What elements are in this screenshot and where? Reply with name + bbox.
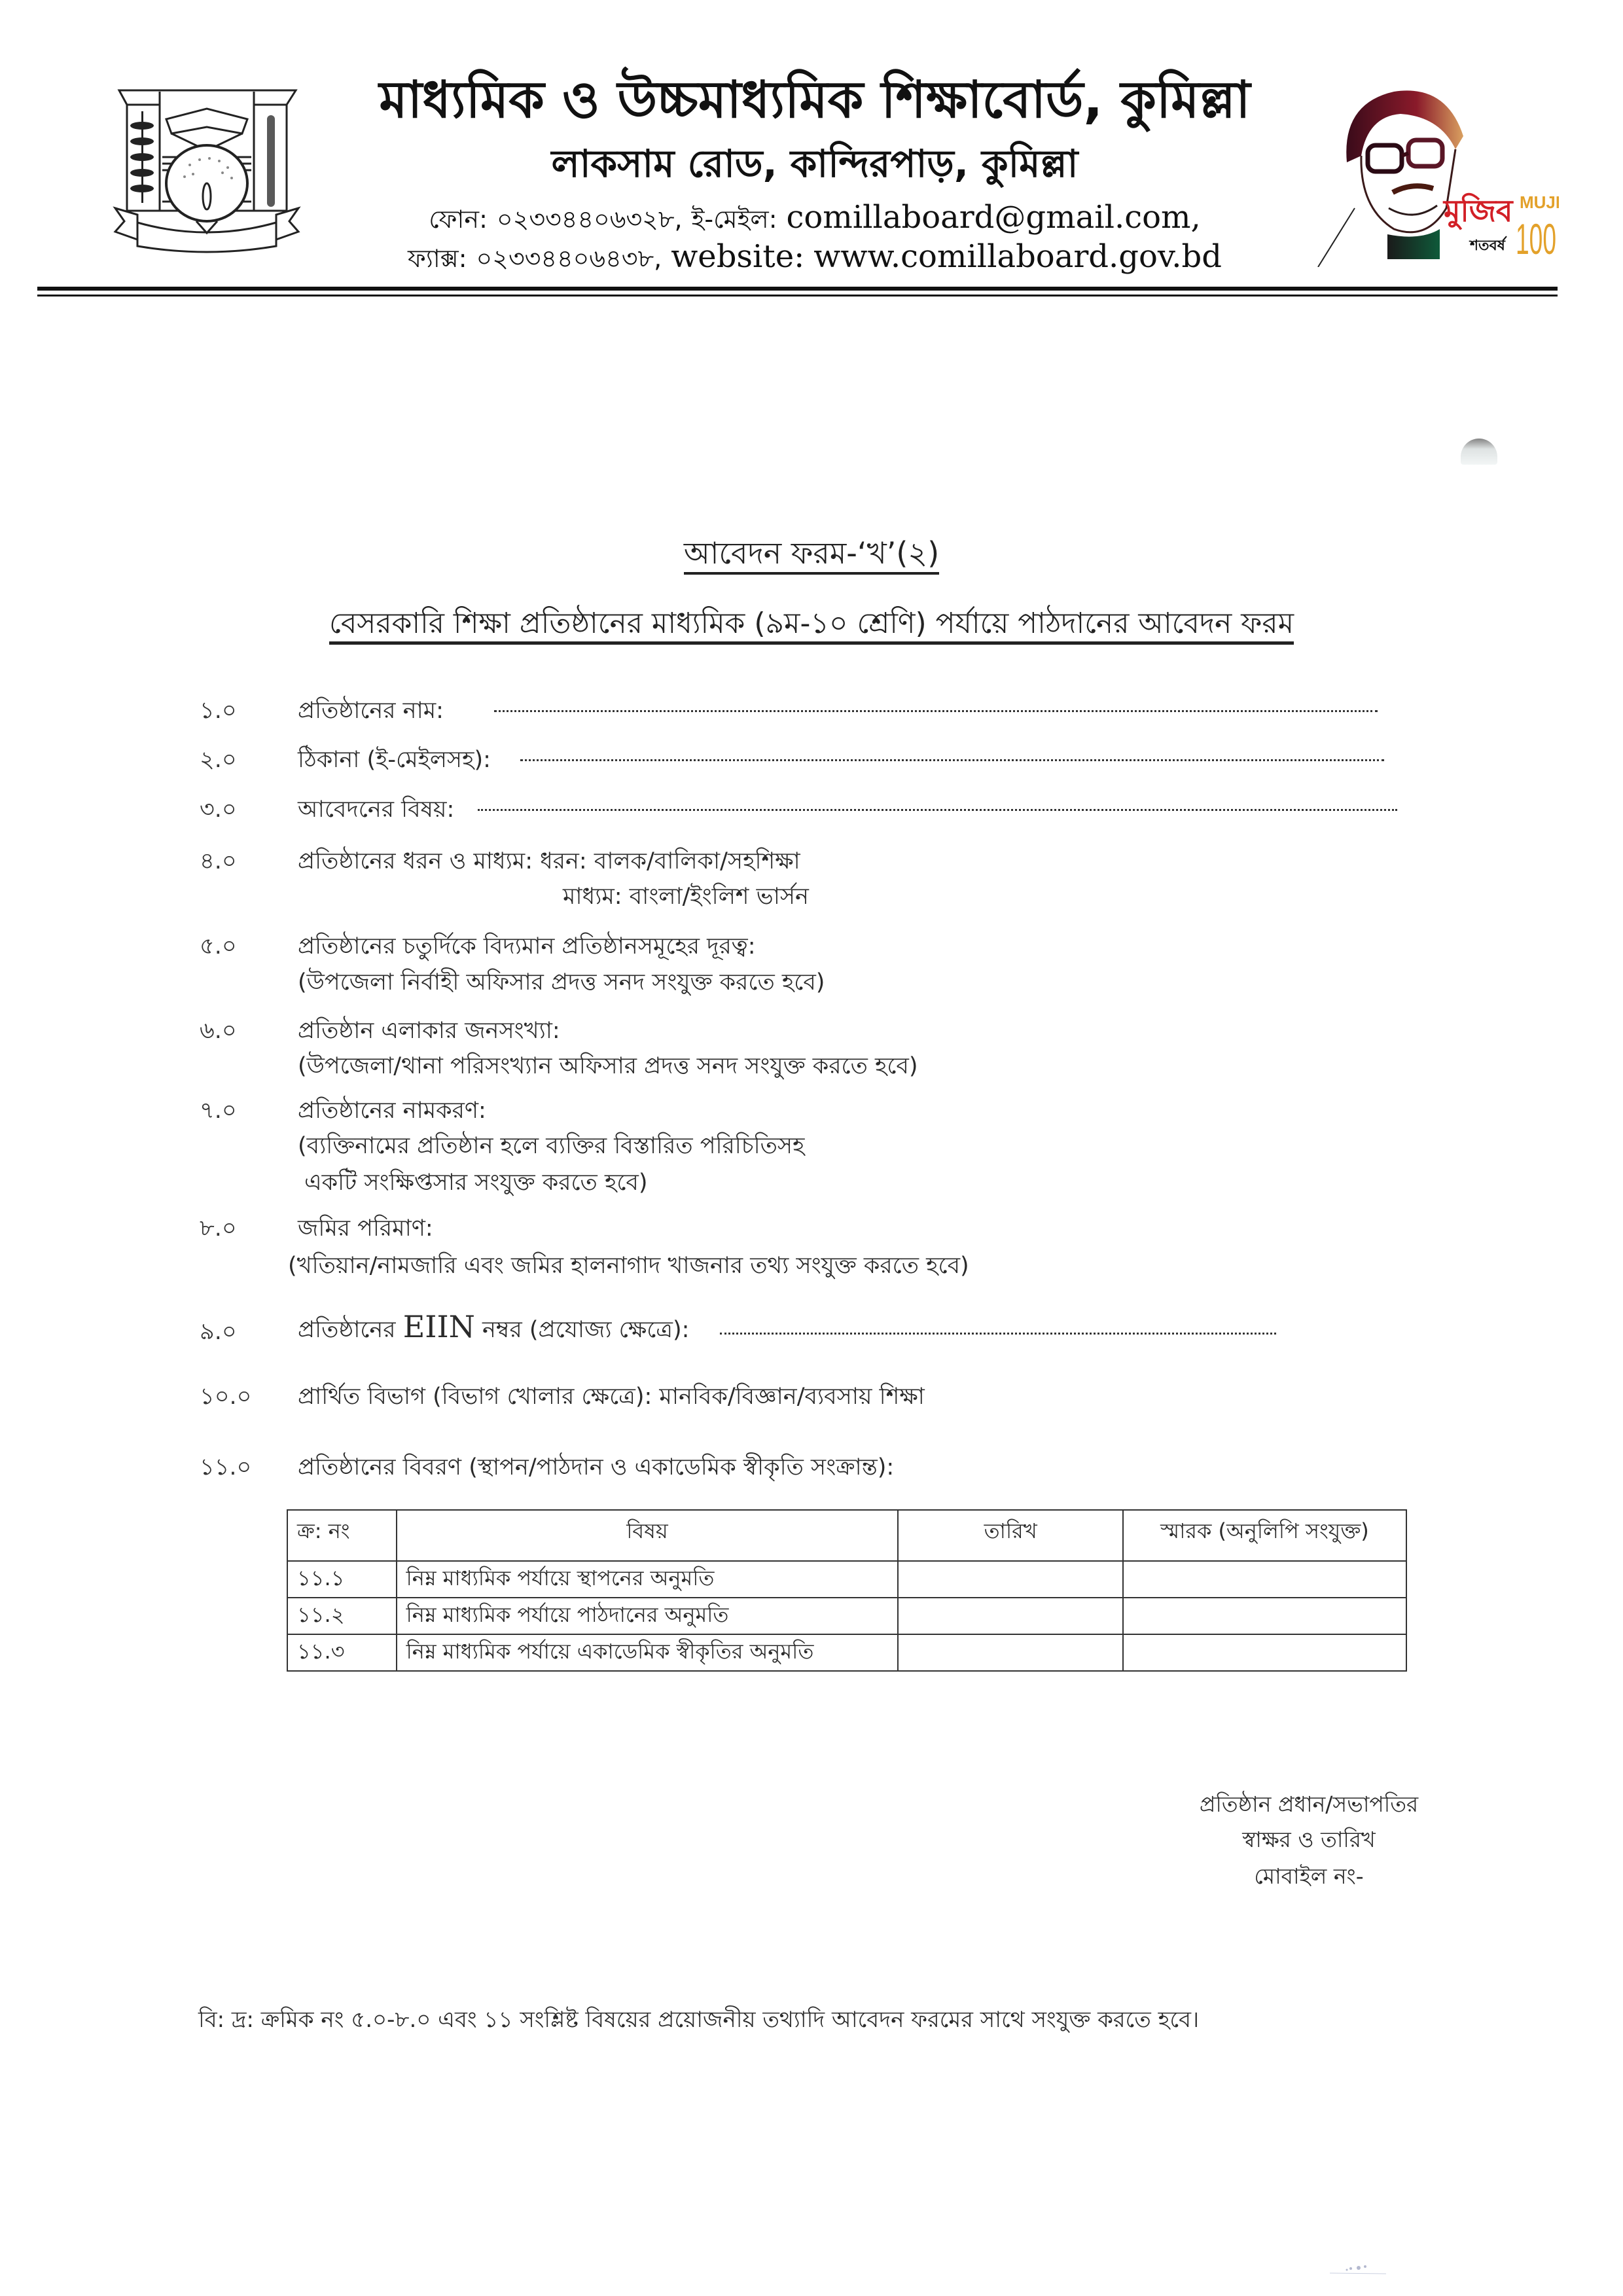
item-sub-naming-note-2: একটি সংক্ষিপ্তসার সংযুক্ত করতে হবে) [304, 1164, 648, 1203]
contact-line-phone-email: ফোন: ০২৩৩৪৪০৬৩২৮, ই-মেইল: comillaboard@g… [324, 198, 1306, 239]
cell-subject: নিম্ন মাধ্যমিক পর্যায়ে একাডেমিক স্বীকৃত… [397, 1634, 899, 1671]
punch-hole-mark [1461, 439, 1497, 465]
item-number: ১.০ [200, 692, 237, 731]
institution-details-table: ক্র: নং বিষয় তারিখ স্মারক (অনুলিপি সংযু… [287, 1509, 1407, 1672]
column-header-subject: বিষয় [397, 1510, 899, 1561]
header-divider-thin [37, 295, 1558, 296]
website-label: website: [671, 238, 804, 275]
phone-number: ০২৩৩৪৪০৬৩২৮, [497, 205, 683, 234]
column-header-serial: ক্র: নং [287, 1510, 397, 1561]
item-number: ১০.০ [200, 1378, 251, 1417]
item-label-department: প্রার্থিত বিভাগ (বিভাগ খোলার ক্ষেত্রে): … [298, 1378, 925, 1417]
item-number: ৯.০ [200, 1314, 237, 1352]
cell-memo-field[interactable] [1123, 1561, 1406, 1598]
svg-text:মুজিব: মুজিব [1442, 192, 1514, 230]
table-row: ১১.১ নিম্ন মাধ্যমিক পর্যায়ে স্থাপনের অন… [287, 1561, 1406, 1598]
item-number: ১১.০ [200, 1449, 251, 1488]
cell-date-field[interactable] [898, 1561, 1122, 1598]
item-sub-population-note: (উপজেলা/থানা পরিসংখ্যান অফিসার প্রদত্ত স… [298, 1048, 918, 1086]
header-divider-thick [37, 287, 1558, 291]
cell-serial: ১১.২ [287, 1598, 397, 1634]
item-number: ৭.০ [200, 1092, 237, 1131]
signature-date-label: স্বাক্ষর ও তারিখ [1113, 1822, 1505, 1857]
board-address: লাকসাম রোড, কান্দিরপাড়, কুমিল্লা [324, 137, 1306, 190]
email-link[interactable]: comillaboard@gmail.com, [787, 199, 1201, 236]
website-link[interactable]: www.comillaboard.gov.bd [813, 238, 1222, 275]
item-sub-land-note: (খতিয়ান/নামজারি এবং জমির হালনাগাদ খাজনা… [288, 1247, 969, 1286]
address-blank-field[interactable] [520, 759, 1384, 761]
cell-subject: নিম্ন মাধ্যমিক পর্যায়ে স্থাপনের অনুমতি [397, 1561, 899, 1598]
footnote: বি: দ্র: ক্রমিক নং ৫.০-৮.০ এবং ১১ সংশ্লি… [198, 2003, 1199, 2040]
column-header-date: তারিখ [898, 1510, 1122, 1561]
item-label-application-subject: আবেদনের বিষয়: [298, 791, 454, 830]
table-row: ১১.২ নিম্ন মাধ্যমিক পর্যায়ে পাঠদানের অন… [287, 1598, 1406, 1634]
cell-subject: নিম্ন মাধ্যমিক পর্যায়ে পাঠদানের অনুমতি [397, 1598, 899, 1634]
board-name: মাধ্যমিক ও উচ্চমাধ্যমিক শিক্ষাবোর্ড, কুম… [324, 64, 1306, 136]
fax-number: ০২৩৩৪৪০৬৪৩৮, [476, 244, 662, 273]
eiin-blank-field[interactable] [720, 1333, 1276, 1335]
cell-date-field[interactable] [898, 1598, 1122, 1634]
form-subtitle: বেসরকারি শিক্ষা প্রতিষ্ঠানের মাধ্যমিক (৯… [0, 601, 1623, 647]
item-number: ২.০ [200, 742, 237, 780]
item-sub-distance-note: (উপজেলা নির্বাহী অফিসার প্রদত্ত সনদ সংযু… [298, 964, 825, 1003]
svg-text:শতবর্ষ: শতবর্ষ [1469, 236, 1507, 254]
table-header-row: ক্র: নং বিষয় তারিখ স্মারক (অনুলিপি সংযু… [287, 1510, 1406, 1561]
svg-text:100: 100 [1516, 215, 1556, 263]
item-number: ৫.০ [200, 928, 237, 967]
item-number: ৩.০ [200, 791, 237, 830]
column-header-memo: স্মারক (অনুলিপি সংযুক্ত) [1123, 1510, 1406, 1561]
form-title: আবেদন ফরম-‘খ’(২) [0, 530, 1623, 576]
phone-label: ফোন: [429, 205, 488, 234]
svg-text:MUJIB: MUJIB [1520, 192, 1559, 212]
board-crest-icon [111, 86, 302, 255]
application-subject-blank-field[interactable] [478, 809, 1397, 811]
email-label: ই-মেইল: [692, 205, 777, 234]
mujib-portrait-icon: মুজিব শতবর্ষ MUJIB 100 [1315, 77, 1559, 267]
item-label-distance: প্রতিষ্ঠানের চতুর্দিকে বিদ্যমান প্রতিষ্ঠ… [298, 928, 756, 967]
item-label-address: ঠিকানা (ই-মেইলসহ): [298, 742, 491, 780]
cell-memo-field[interactable] [1123, 1598, 1406, 1634]
item-number: ৬.০ [200, 1013, 237, 1051]
signature-title: প্রতিষ্ঠান প্রধান/সভাপতির [1113, 1787, 1505, 1822]
eiin-abbr: EIIN [403, 1309, 475, 1344]
cell-memo-field[interactable] [1123, 1634, 1406, 1671]
cell-serial: ১১.৩ [287, 1634, 397, 1671]
signature-mobile-label: মোবাইল নং- [1113, 1859, 1505, 1894]
item-label-land: জমির পরিমাণ: [298, 1210, 433, 1249]
item-number: ৮.০ [200, 1210, 237, 1249]
cell-date-field[interactable] [898, 1634, 1122, 1671]
item-label-eiin: প্রতিষ্ঠানের EIIN নম্বর (প্রযোজ্য ক্ষেত্… [298, 1309, 689, 1350]
item-label-naming: প্রতিষ্ঠানের নামকরণ: [298, 1092, 486, 1131]
scan-artifact [1329, 2265, 1387, 2275]
cell-serial: ১১.১ [287, 1561, 397, 1598]
contact-line-fax-website: ফ্যাক্স: ০২৩৩৪৪০৬৪৩৮, website: www.comil… [324, 237, 1306, 278]
institution-name-blank-field[interactable] [494, 710, 1378, 712]
fax-label: ফ্যাক্স: [408, 244, 467, 273]
mujib-100-logo: মুজিব শতবর্ষ MUJIB 100 [1315, 77, 1559, 267]
item-label-type-medium: প্রতিষ্ঠানের ধরন ও মাধ্যম: ধরন: বালক/বাল… [298, 843, 800, 882]
item-number: ৪.০ [200, 843, 237, 882]
item-label-population: প্রতিষ্ঠান এলাকার জনসংখ্যা: [298, 1013, 560, 1051]
item-sub-medium: মাধ্যম: বাংলা/ইংলিশ ভার্সন [563, 878, 809, 917]
item-label-institution-name: প্রতিষ্ঠানের নাম: [298, 692, 444, 731]
table-row: ১১.৩ নিম্ন মাধ্যমিক পর্যায়ে একাডেমিক স্… [287, 1634, 1406, 1671]
item-label-institution-details: প্রতিষ্ঠানের বিবরণ (স্থাপন/পাঠদান ও একাড… [298, 1449, 894, 1488]
item-sub-naming-note-1: (ব্যক্তিনামের প্রতিষ্ঠান হলে ব্যক্তির বি… [298, 1128, 804, 1166]
